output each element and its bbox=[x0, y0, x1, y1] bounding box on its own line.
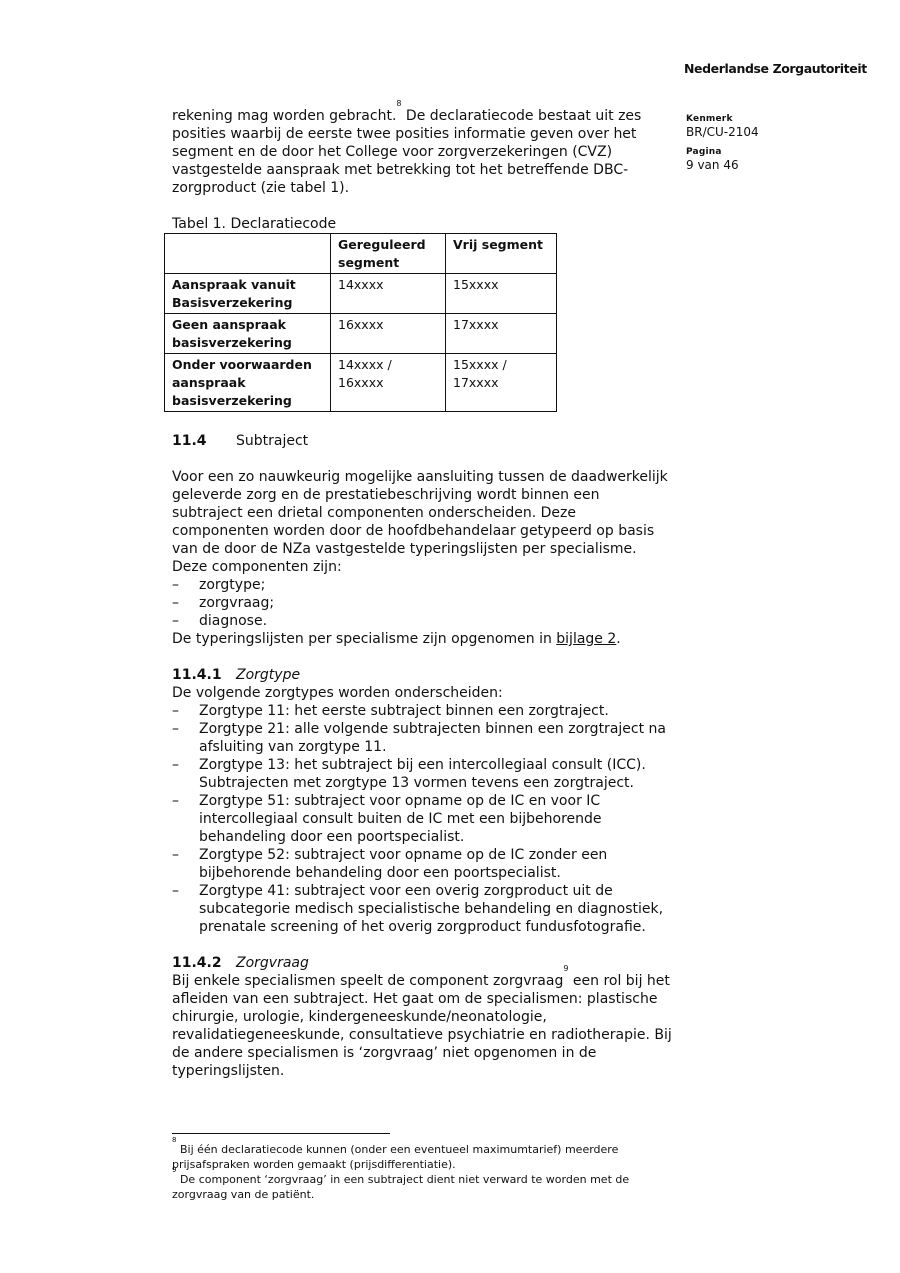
table-row-label: Geen aanspraak basisverzekering bbox=[165, 314, 331, 354]
list-item: Zorgtype 52: subtraject voor opname op d… bbox=[172, 846, 672, 882]
zorgtype-list: Zorgtype 11: het eerste subtraject binne… bbox=[172, 702, 672, 936]
table-cell: 14xxxx bbox=[331, 274, 446, 314]
note-text: De typeringslijsten per specialisme zijn… bbox=[172, 631, 556, 647]
section-heading-11-4-1: 11.4.1Zorgtype bbox=[172, 666, 672, 684]
table-cell: 15xxxx bbox=[446, 274, 557, 314]
kenmerk-label: Kenmerk bbox=[686, 114, 759, 125]
list-item: zorgvraag; bbox=[172, 594, 672, 612]
list-item: Zorgtype 21: alle volgende subtrajecten … bbox=[172, 720, 672, 756]
zorgvraag-text: Bij enkele specialismen speelt de compon… bbox=[172, 973, 563, 989]
section-title: Subtraject bbox=[236, 433, 308, 449]
footnote-separator bbox=[172, 1133, 390, 1134]
section-number: 11.4.2 bbox=[172, 954, 236, 972]
zorgvraag-paragraph: Bij enkele specialismen speelt de compon… bbox=[172, 972, 672, 1080]
section-heading-11-4: 11.4Subtraject bbox=[172, 432, 672, 450]
zorgtype-intro: De volgende zorgtypes worden onderscheid… bbox=[172, 684, 672, 702]
subtraject-paragraph: Voor een zo nauwkeurig mogelijke aanslui… bbox=[172, 468, 672, 576]
footnote-8: 8 Bij één declaratiecode kunnen (onder e… bbox=[172, 1142, 672, 1172]
table-row-label: Aanspraak vanuit Basisverzekering bbox=[165, 274, 331, 314]
footnote-text: De component ‘zorgvraag’ in een subtraje… bbox=[172, 1173, 629, 1201]
section-heading-11-4-2: 11.4.2Zorgvraag bbox=[172, 954, 672, 972]
intro-paragraph: rekening mag worden gebracht.8 De declar… bbox=[172, 107, 672, 197]
organization-name: Nederlandse Zorgautoriteit bbox=[684, 61, 867, 76]
list-item: Zorgtype 13: het subtraject bij een inte… bbox=[172, 756, 672, 792]
list-item: diagnose. bbox=[172, 612, 672, 630]
footnote-number: 9 bbox=[172, 1166, 176, 1174]
footnote-ref-8[interactable]: 8 bbox=[396, 99, 401, 108]
table-row: Geen aanspraak basisverzekering 16xxxx 1… bbox=[165, 314, 557, 354]
list-item: Zorgtype 51: subtraject voor opname op d… bbox=[172, 792, 672, 846]
intro-text: rekening mag worden gebracht. bbox=[172, 108, 396, 124]
section-number: 11.4.1 bbox=[172, 666, 236, 684]
document-body: rekening mag worden gebracht.8 De declar… bbox=[172, 107, 672, 1080]
table-header-cell: Gereguleerd segment bbox=[331, 234, 446, 274]
bijlage-2-link[interactable]: bijlage 2 bbox=[556, 631, 616, 647]
table-row: Aanspraak vanuit Basisverzekering 14xxxx… bbox=[165, 274, 557, 314]
footnotes: 8 Bij één declaratiecode kunnen (onder e… bbox=[172, 1142, 672, 1202]
footnote-text: Bij één declaratiecode kunnen (onder een… bbox=[172, 1143, 618, 1171]
list-item: Zorgtype 41: subtraject voor een overig … bbox=[172, 882, 672, 936]
table-header-cell: Vrij segment bbox=[446, 234, 557, 274]
section-number: 11.4 bbox=[172, 432, 236, 450]
typeringslijsten-note: De typeringslijsten per specialisme zijn… bbox=[172, 630, 672, 648]
section-title: Zorgtype bbox=[236, 667, 300, 683]
table-cell: 14xxxx / 16xxxx bbox=[331, 354, 446, 412]
note-end: . bbox=[616, 631, 620, 647]
table-row: Onder voorwaarden aanspraak basisverzeke… bbox=[165, 354, 557, 412]
footnote-9: 9 De component ‘zorgvraag’ in een subtra… bbox=[172, 1172, 672, 1202]
table-cell: 15xxxx / 17xxxx bbox=[446, 354, 557, 412]
table-cell: 16xxxx bbox=[331, 314, 446, 354]
document-meta: Kenmerk BR/CU-2104 Pagina 9 van 46 bbox=[686, 114, 759, 180]
table-caption: Tabel 1. Declaratiecode bbox=[172, 215, 672, 233]
table-row-label: Onder voorwaarden aanspraak basisverzeke… bbox=[165, 354, 331, 412]
table-cell: 17xxxx bbox=[446, 314, 557, 354]
table-header-cell bbox=[165, 234, 331, 274]
section-title: Zorgvraag bbox=[236, 955, 309, 971]
list-item: zorgtype; bbox=[172, 576, 672, 594]
footnote-ref-9[interactable]: 9 bbox=[563, 964, 568, 973]
pagina-label: Pagina bbox=[686, 147, 759, 158]
component-list: zorgtype; zorgvraag; diagnose. bbox=[172, 576, 672, 630]
declaratiecode-table: Gereguleerd segment Vrij segment Aanspra… bbox=[164, 233, 557, 412]
list-item: Zorgtype 11: het eerste subtraject binne… bbox=[172, 702, 672, 720]
table-header-row: Gereguleerd segment Vrij segment bbox=[165, 234, 557, 274]
footnote-number: 8 bbox=[172, 1136, 176, 1144]
pagina-value: 9 van 46 bbox=[686, 158, 759, 172]
kenmerk-value: BR/CU-2104 bbox=[686, 125, 759, 139]
